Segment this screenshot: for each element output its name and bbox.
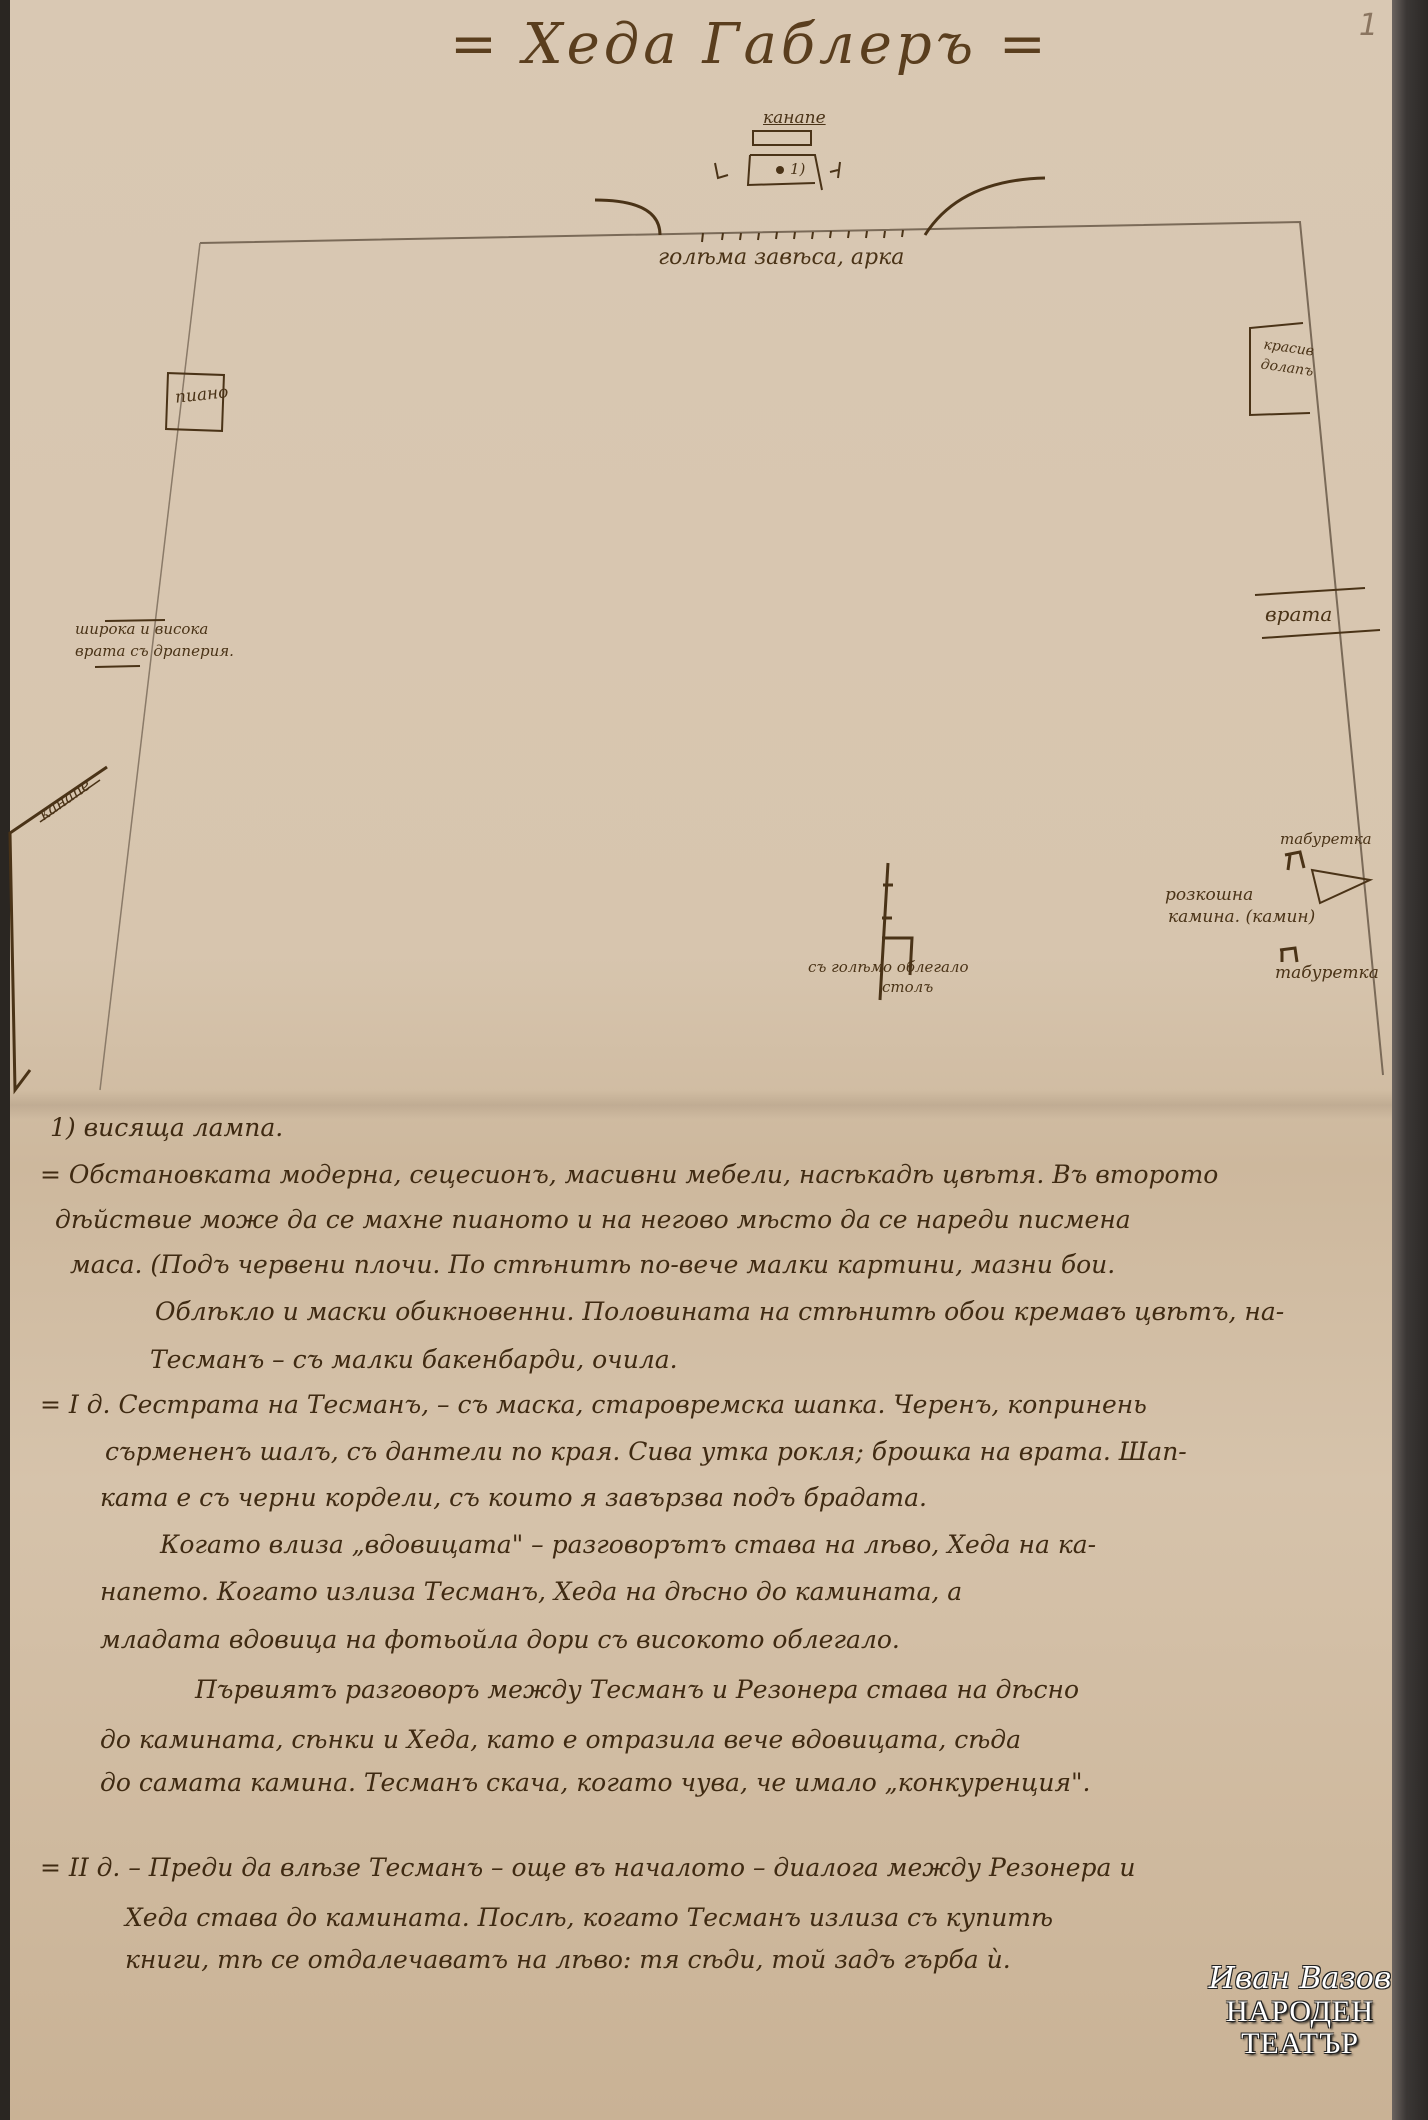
note-line-15: до самата камина. Тесманъ скача, когато … — [100, 1768, 1090, 1797]
arch-left-curve — [595, 200, 660, 235]
lamp-marker: 1) — [790, 160, 805, 178]
label-tall-chair-2: столъ — [882, 978, 933, 996]
label-arch: голѣма завѣса, арка — [658, 245, 904, 270]
watermark-line-2: ТЕАТЪР — [1205, 2028, 1395, 2060]
left-sofa-shape — [10, 767, 107, 1090]
fireplace-shape — [1312, 870, 1370, 903]
sofa-top-shape — [753, 131, 811, 145]
note-line-10: Когато влиза „вдовицата" – разговорътъ с… — [160, 1530, 1096, 1559]
watermark-script: Иван Вазов — [1205, 1962, 1395, 1996]
note-line-5: Облѣкло и маски обикновенни. Половината … — [155, 1297, 1284, 1326]
note-line-3: дѣйствие може да се махне пианото и на н… — [55, 1205, 1131, 1234]
note-line-17: Хеда става до камината. Послѣ, когато Те… — [125, 1903, 1053, 1932]
note-line-13: Първиятъ разговоръ между Тесманъ и Резон… — [195, 1675, 1079, 1704]
note-line-14: до камината, сѣнки и Хеда, като е отрази… — [100, 1725, 1021, 1754]
national-theatre-watermark: Иван Вазов НАРОДЕН ТЕАТЪР — [1205, 1962, 1395, 2060]
label-stool-top: табуретка — [1280, 830, 1372, 848]
note-line-4: маса. (Подъ червени плочи. По стѣнитѣ по… — [70, 1250, 1115, 1279]
chair-right-icon — [830, 162, 840, 178]
note-line-12: младата вдовица на фотьойла дори съ висо… — [100, 1625, 900, 1654]
label-cabinet: красив долапъ — [1259, 335, 1314, 382]
table-shape — [748, 155, 822, 190]
note-line-11: напето. Когато излиза Тесманъ, Хеда на д… — [100, 1577, 962, 1606]
label-stool-bottom: табуретка — [1275, 963, 1379, 983]
label-fireplace-2: камина. (камин) — [1168, 907, 1315, 927]
note-line-6: Тесманъ – съ малки бакенбарди, очила. — [150, 1345, 678, 1374]
label-wide-door-2: врата съ драперия. — [75, 642, 234, 660]
note-line-1: 1) висяща лампа. — [50, 1113, 283, 1142]
stage-plan-diagram — [0, 0, 1428, 1110]
note-line-2: = Обстановката модерна, сецесионъ, масив… — [40, 1160, 1218, 1189]
label-fireplace: розкошна — [1165, 885, 1253, 905]
watermark-line-1: НАРОДЕН — [1205, 1996, 1395, 2028]
label-door-right: врата — [1265, 602, 1332, 626]
label-tall-chair: съ голѣмо облегало — [808, 958, 969, 976]
note-line-7: = I д. Сестрата на Тесманъ, – съ маска, … — [40, 1390, 1147, 1419]
label-wide-door: широка и висока — [75, 620, 208, 638]
stool-bottom-icon — [1280, 948, 1297, 962]
note-line-16: = II д. – Преди да влѣзе Тесманъ – още в… — [40, 1853, 1135, 1882]
note-line-8: сърмененъ шалъ, съ дантели по края. Сива… — [105, 1437, 1187, 1466]
chair-left-icon — [715, 163, 728, 178]
note-line-9: ката е съ черни кордели, съ които я завъ… — [100, 1483, 927, 1512]
stool-top-icon — [1285, 852, 1304, 870]
label-sofa-top: канапе — [763, 108, 826, 128]
note-line-18: книги, тѣ се отдалечаватъ на лѣво: тя сѣ… — [125, 1945, 1011, 1974]
